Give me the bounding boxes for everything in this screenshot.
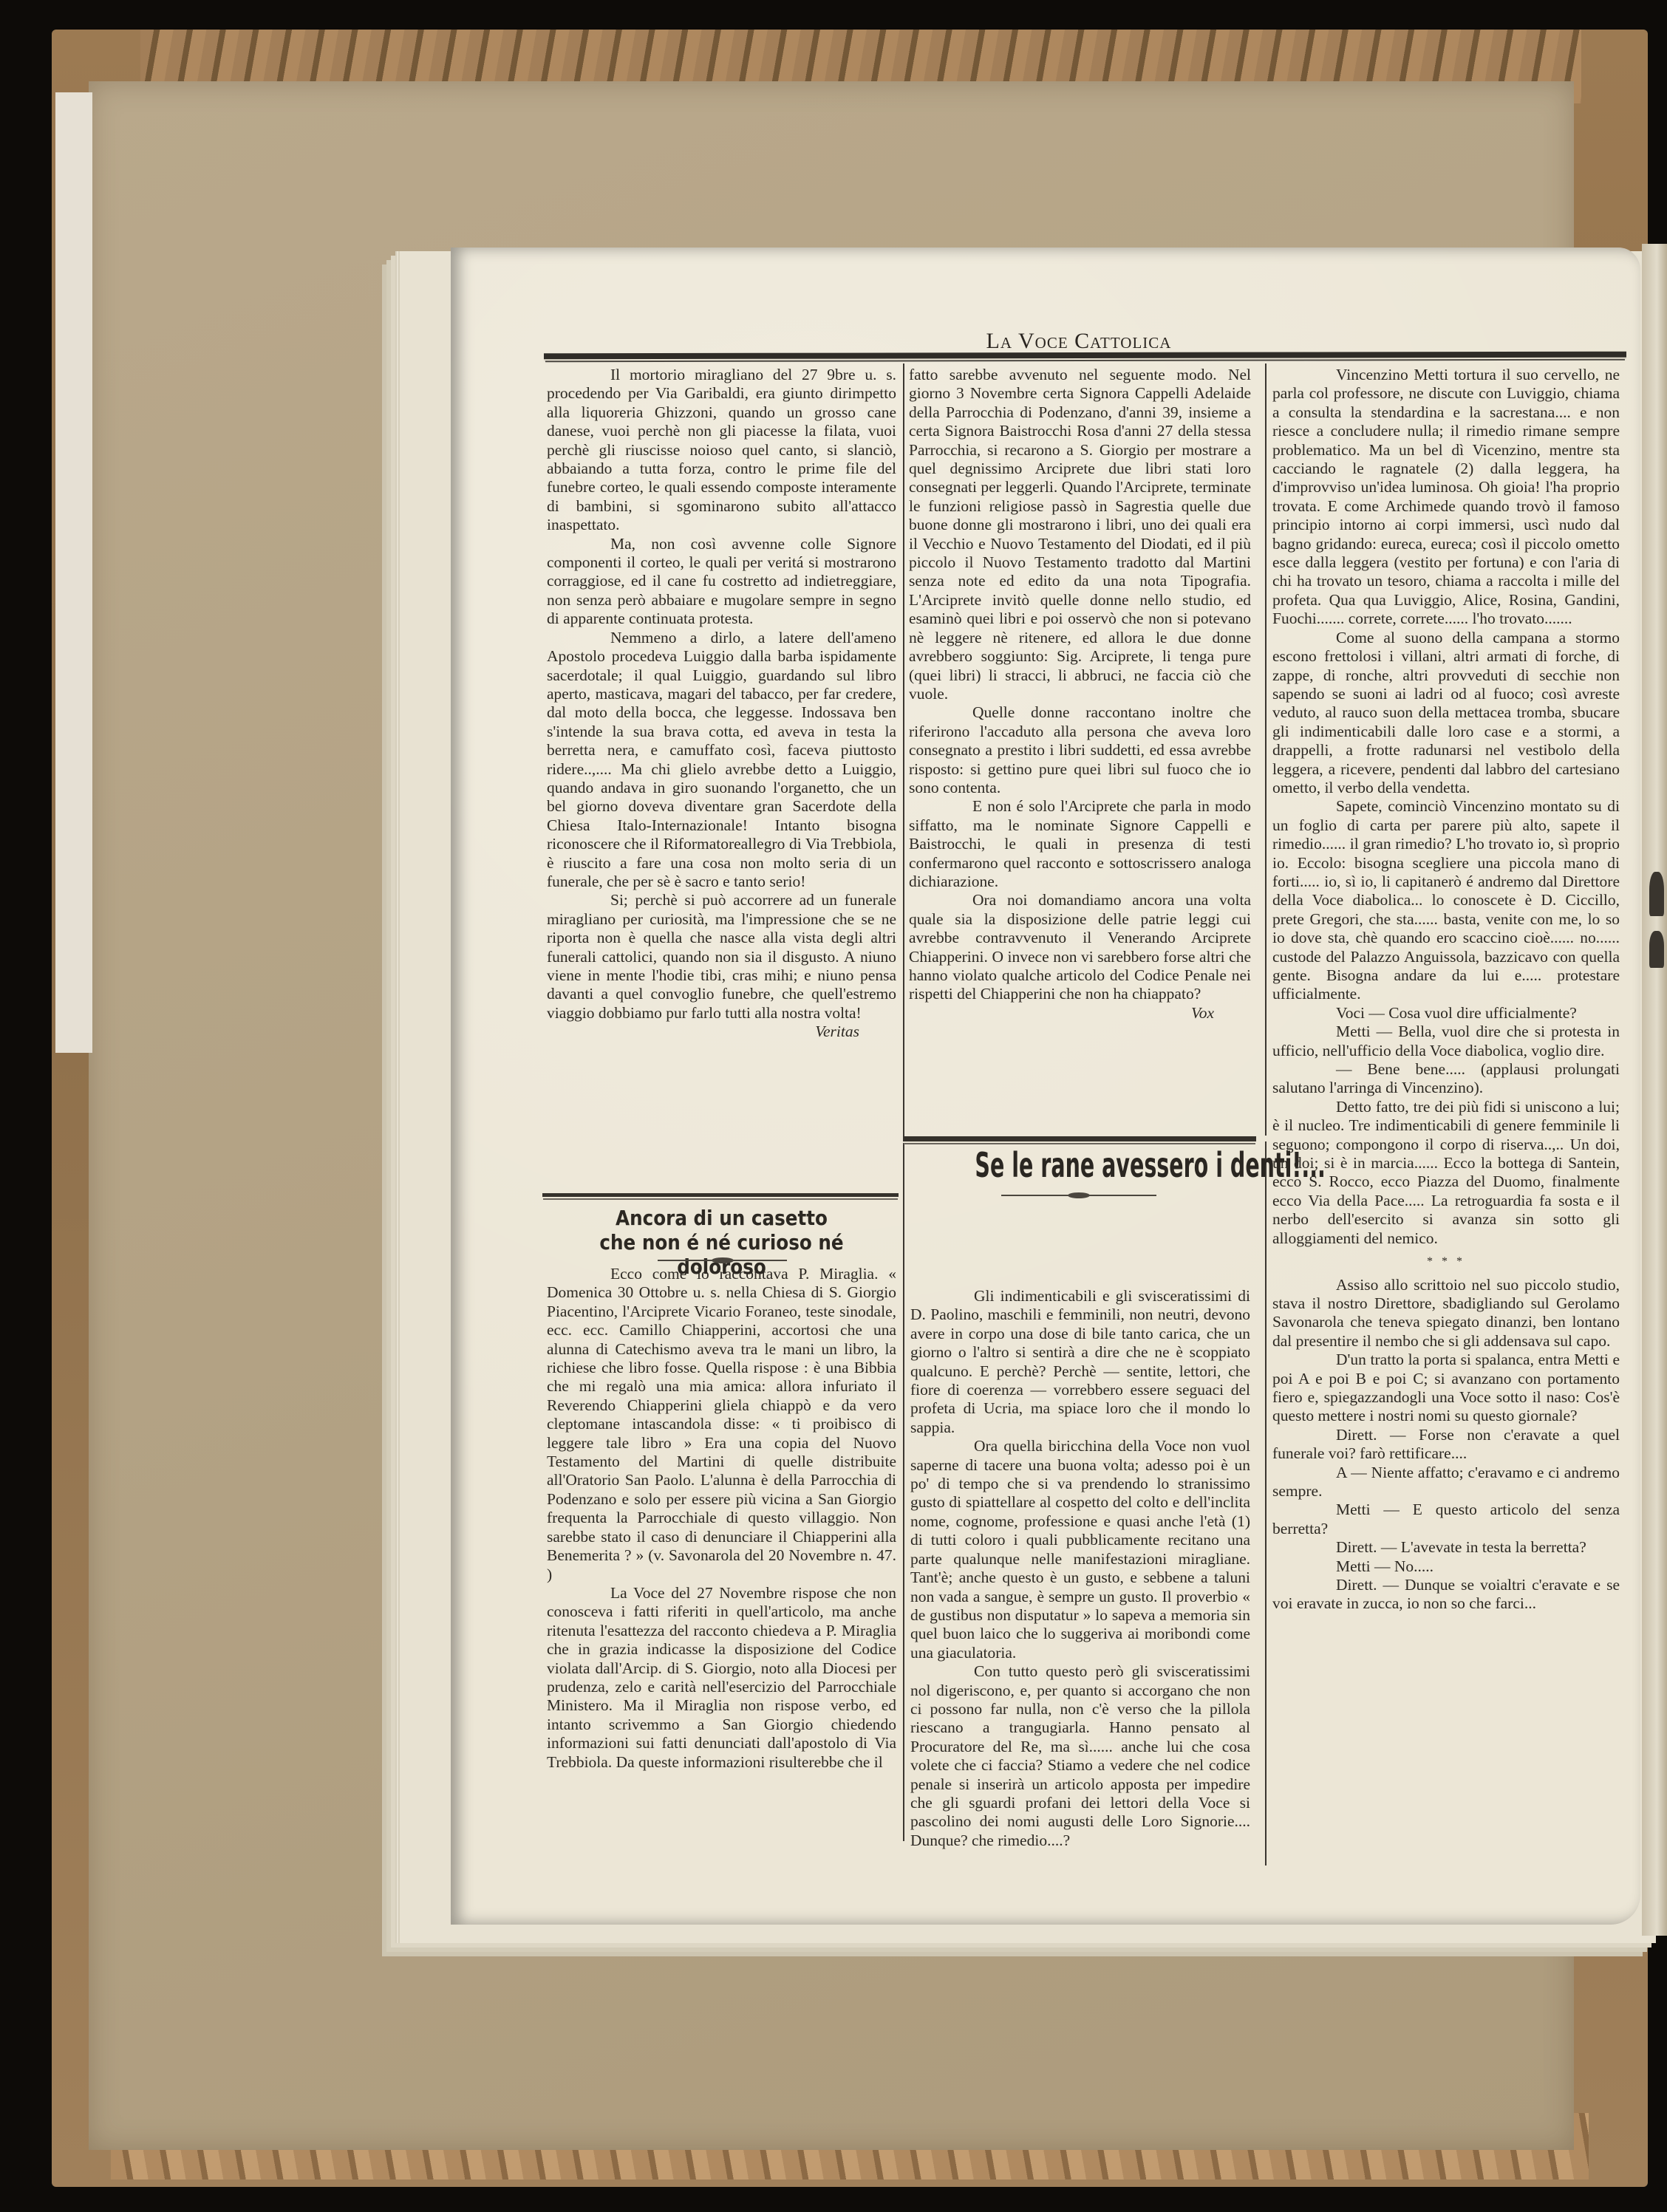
paragraph: E non é solo l'Arciprete che parla in mo…: [909, 797, 1251, 891]
column-1: Il mortorio miragliano del 27 9bre u. s.…: [547, 366, 896, 1042]
paragraph: Gli indimenticabili e gli svisceratissim…: [910, 1287, 1250, 1437]
adjacent-page-glyph: [1649, 931, 1664, 968]
dialogue-line: Dirett. — Dunque se voialtri c'eravate e…: [1272, 1576, 1620, 1614]
dialogue-line: — Bene bene..... (applausi prolungati sa…: [1272, 1060, 1620, 1098]
paragraph: Vincenzino Metti tortura il suo cervello…: [1272, 366, 1620, 629]
paragraph: Con tutto questo però gli svisceratissim…: [910, 1662, 1250, 1850]
article-separator: [903, 1136, 1256, 1143]
dialogue-line: Metti — No.....: [1272, 1557, 1620, 1576]
paragraph: Detto fatto, tre dei più fidi si uniscon…: [1272, 1098, 1620, 1248]
endpaper-strip: [55, 92, 92, 1053]
paragraph: Assiso allo scrittoio nel suo piccolo st…: [1272, 1276, 1620, 1351]
asterism: * * *: [1272, 1252, 1620, 1271]
dialogue-line: A — Niente affatto; c'eravamo e ci andre…: [1272, 1464, 1620, 1501]
signature-veritas: Veritas: [547, 1023, 896, 1041]
paragraph: D'un tratto la porta si spalanca, entra …: [1272, 1351, 1620, 1426]
column-divider: [903, 363, 904, 1206]
column-divider: [1265, 1141, 1267, 1865]
paragraph: Ecco come lo raccontava P. Miraglia. « D…: [547, 1265, 896, 1584]
paragraph: Ma, non così avvenne colle Signore compo…: [547, 535, 896, 629]
paragraph: Sapete, cominciò Vincenzino montato su d…: [1272, 797, 1620, 1003]
dialogue-line: Metti — E questo articolo del senza berr…: [1272, 1501, 1620, 1538]
paragraph: Come al suono della campana a stormo esc…: [1272, 629, 1620, 798]
signature-vox: Vox: [909, 1004, 1251, 1023]
paragraph: Ora noi domandiamo ancora una volta qual…: [909, 891, 1251, 1003]
column-2: fatto sarebbe avvenuto nel seguente modo…: [909, 366, 1251, 1023]
column-divider: [1265, 363, 1267, 1136]
column-3: Vincenzino Metti tortura il suo cervello…: [1272, 366, 1620, 1614]
adjacent-page-glyph: [1649, 872, 1664, 916]
headline-rane: Se le rane avessero i denti!...: [975, 1145, 1185, 1185]
article-rane-body: Gli indimenticabili e gli svisceratissim…: [910, 1287, 1250, 1850]
column-divider: [903, 1206, 904, 1841]
paragraph: La Voce del 27 Novembre rispose che non …: [547, 1584, 896, 1772]
adjacent-page-edge: [1642, 244, 1667, 1936]
paragraph: Quelle donne raccontano inoltre che rife…: [909, 703, 1251, 797]
paragraph: Ora quella biricchina della Voce non vuo…: [910, 1437, 1250, 1662]
dialogue-line: Dirett. — L'avevate in testa la berretta…: [1272, 1538, 1620, 1557]
dialogue-line: Metti — Bella, vuol dire che si protesta…: [1272, 1023, 1620, 1060]
paragraph: Nemmeno a dirlo, a latere dell'ameno Apo…: [547, 629, 896, 892]
paragraph: Si; perchè si può accorrere ad un funera…: [547, 891, 896, 1023]
running-title: La Voce Cattolica: [931, 329, 1227, 354]
ornament-rule: [658, 1260, 787, 1261]
headline-line-1: Ancora di un casetto: [567, 1206, 875, 1230]
article-separator: [542, 1193, 899, 1198]
ornament-rule: [1001, 1195, 1156, 1196]
paragraph: Il mortorio miragliano del 27 9bre u. s.…: [547, 366, 896, 535]
dialogue-line: Voci — Cosa vuol dire ufficialmente?: [1272, 1004, 1620, 1023]
article-casetto-body: Ecco come lo raccontava P. Miraglia. « D…: [547, 1265, 896, 1772]
paragraph: fatto sarebbe avvenuto nel seguente modo…: [909, 366, 1251, 703]
dialogue-line: Dirett. — Forse non c'eravate a quel fun…: [1272, 1426, 1620, 1464]
